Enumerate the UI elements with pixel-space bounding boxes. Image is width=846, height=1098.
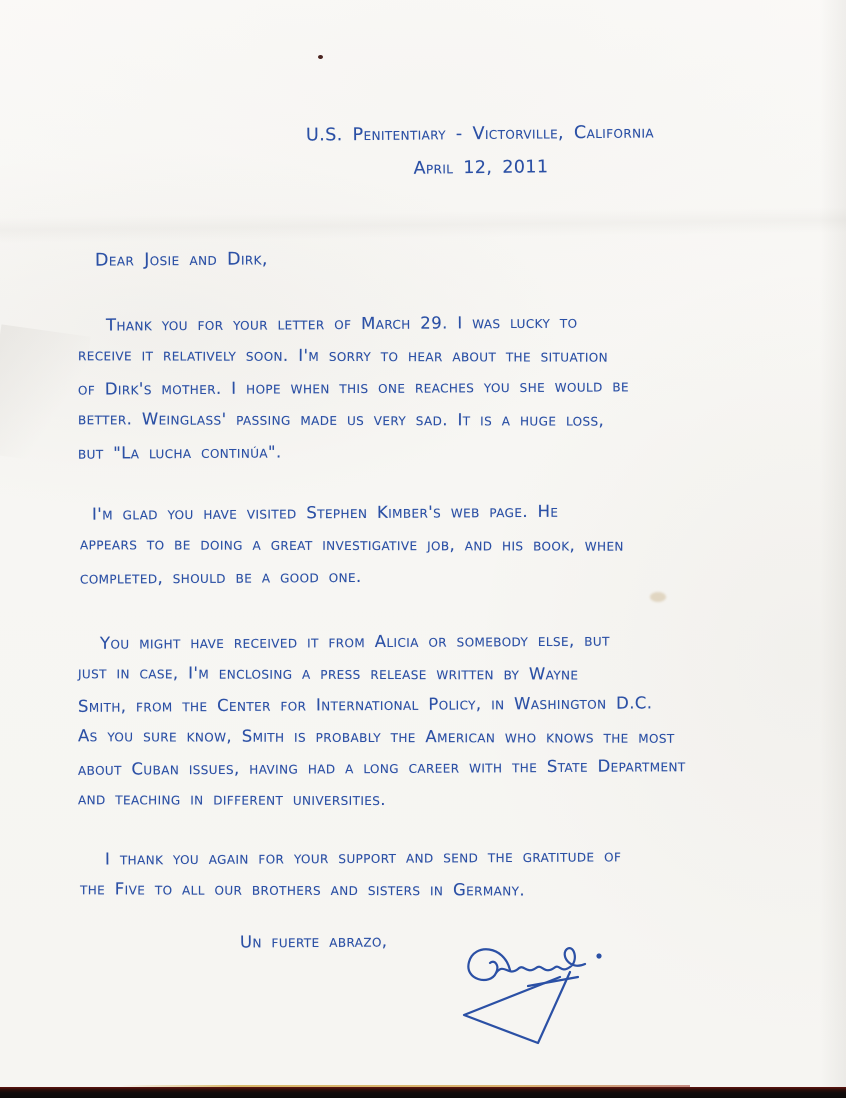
paper-smudge (650, 592, 666, 602)
letterhead-location: U.S. Penitentiary - Victorville, Califor… (57, 120, 846, 147)
paragraph-4: I thank you again for your support and s… (80, 842, 621, 906)
letter-line: the Five to all our brothers and sisters… (80, 873, 621, 906)
letter-line: Smith, from the Center for International… (78, 687, 686, 722)
paragraph-1: Thank you for your letter of March 29. I… (78, 308, 629, 468)
letter-line: As you sure know, Smith is probably the … (78, 720, 686, 753)
signature-flourish-icon (440, 925, 650, 1065)
letter-line: just in case, I'm enclosing a press rele… (78, 657, 686, 690)
letter-line: of Dirk's mother. I hope when this one r… (78, 370, 629, 405)
paper-crease-horizontal (0, 207, 846, 243)
signature-period (596, 953, 601, 958)
letter-date: April 12, 2011 (58, 154, 846, 183)
paragraph-3: You might have received it from Alicia o… (78, 626, 686, 815)
signature-gerardo (440, 925, 650, 1065)
letter-line: better. Weinglass' passing made us very … (78, 403, 629, 436)
letter-line: completed, should be a good one. (80, 559, 624, 594)
scan-edge-band (0, 1087, 846, 1098)
letter-line: I thank you again for your support and s… (80, 840, 621, 875)
scanned-letter-page: U.S. Penitentiary - Victorville, Califor… (0, 0, 846, 1098)
letter-line: Thank you for your letter of March 29. I… (78, 306, 629, 341)
letter-line: You might have received it from Alicia o… (78, 624, 686, 659)
closing-line: Un fuerte abrazo, (240, 931, 388, 951)
letter-line: and teaching in different universities. (78, 783, 686, 816)
letter-line: but "La lucha continúa". (78, 434, 629, 469)
salutation: Dear Josie and Dirk, (95, 249, 268, 270)
letter-line: about Cuban issues, having had a long ca… (78, 750, 686, 785)
ink-speck (318, 55, 323, 59)
letter-line: receive it relatively soon. I'm sorry to… (78, 339, 629, 372)
paragraph-2: I'm glad you have visited Stephen Kimber… (80, 497, 624, 593)
letter-line: I'm glad you have visited Stephen Kimber… (80, 495, 624, 530)
letter-line: appears to be doing a great investigativ… (80, 528, 624, 561)
